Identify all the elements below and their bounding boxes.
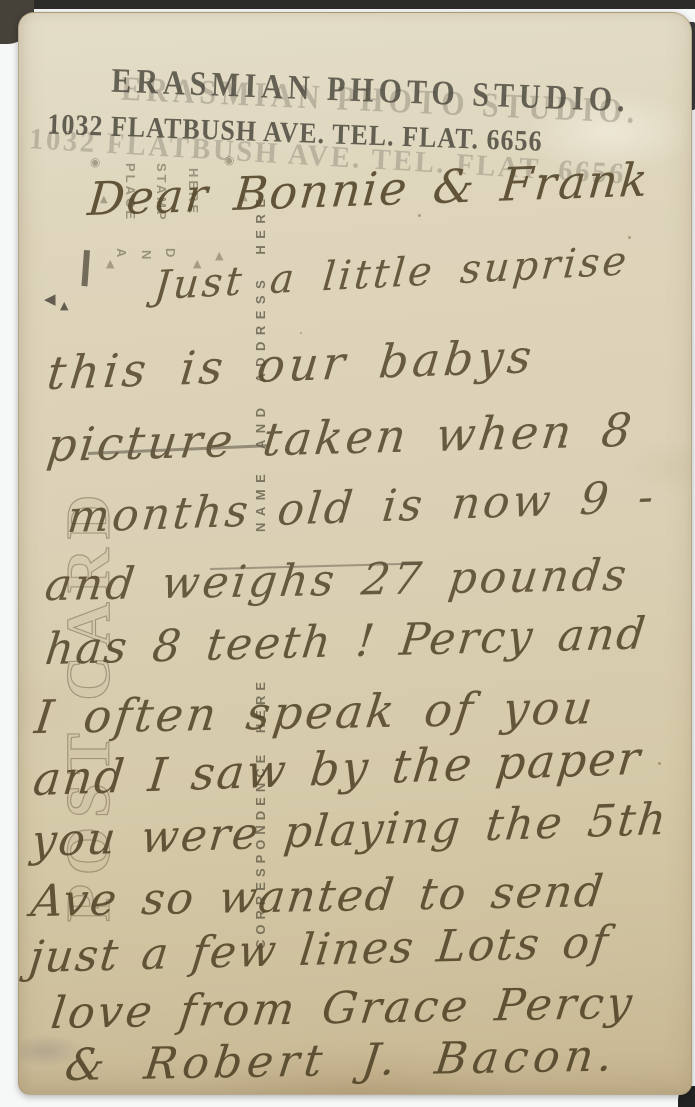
handwriting-line: picture taken when 8 xyxy=(45,407,637,469)
scanner-edge-strip xyxy=(0,0,695,9)
paper-speck xyxy=(658,762,661,765)
paper-speck xyxy=(300,332,302,334)
signature-line: & Robert J. Bacon. xyxy=(63,1034,620,1088)
and-letter: N xyxy=(140,250,153,266)
handwriting-line: I often speak of you xyxy=(32,684,598,740)
left-arrow-ornament-icon: ◀ xyxy=(44,292,56,307)
triangle-ornament-icon: ▲ xyxy=(106,258,114,269)
triangle-ornament-icon: ▲ xyxy=(60,300,68,311)
handwriting-line: and weighs 27 pounds xyxy=(43,554,632,608)
handwriting-line: Ave so wanted to send xyxy=(29,870,608,924)
handwriting-line: love from Grace Percy xyxy=(49,982,638,1036)
and-letter: A xyxy=(115,248,128,264)
